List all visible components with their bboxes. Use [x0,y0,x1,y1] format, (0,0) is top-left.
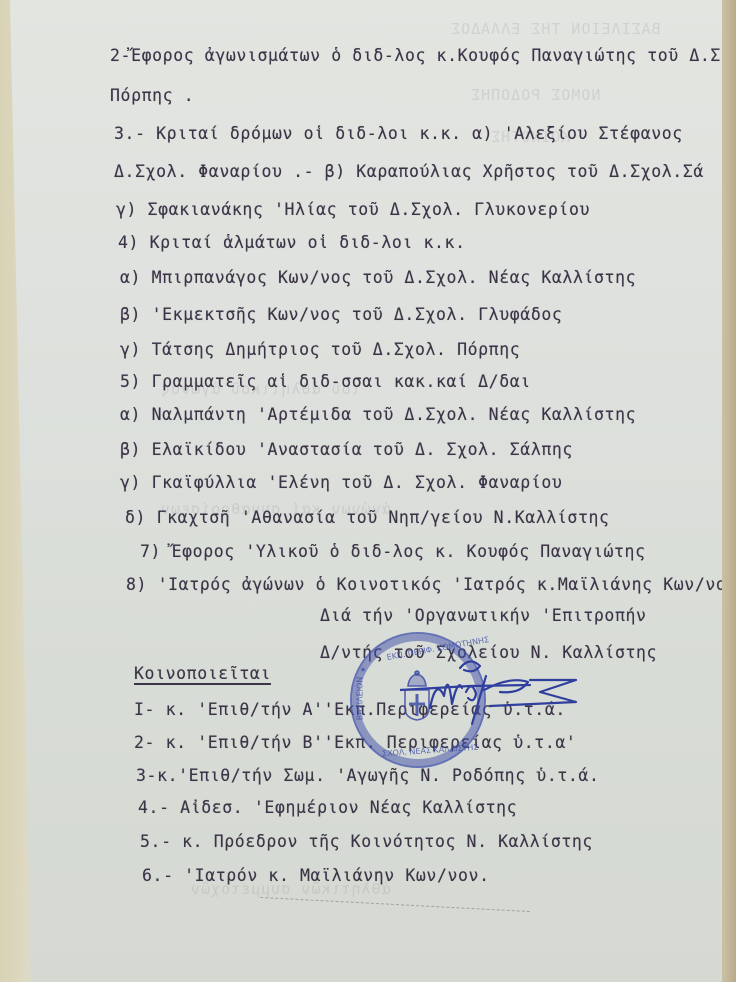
reverse-bleed-text: ΒΑΣΙΛΕΙΟΝ ΤΗΣ ΕΛΛΑΔΟΣ [450,20,661,38]
distribution-item-2: 2- κ. 'Επιθ/τήν Β''Εκπ. Περιφερείας ὑ.τ.… [134,733,576,752]
distribution-heading: Κοινοποιεῖται [134,664,271,683]
handwritten-signature-icon [400,658,580,728]
body-line-grammateis-c: γ) Γκαϊφύλλια 'Ελένη τοῦ Δ. Σχολ. Φαναρί… [120,473,562,492]
distribution-item-5: 5.- κ. Πρόεδρον τῆς Κοινότητος Ν. Καλλίσ… [140,832,593,851]
body-line-kritai-dromon: 3.- Κριταί δρόμων οἱ διδ-λοι κ.κ. α) 'Αλ… [114,124,683,143]
body-line-kritai-dromon-b: Δ.Σχολ. Φαναρίου .- β) Καραπούλιας Χρῆστ… [114,162,704,181]
body-line-ephor-ylikou: 7) Ἔφορος 'Υλικοῦ ὁ διδ-λος κ. Κουφός Πα… [140,542,646,561]
body-line-almaton-b: β) 'Εκμεκτσῆς Κων/νος τοῦ Δ.Σχολ. Γλυφάδ… [120,305,562,324]
body-line-grammateis-a: α) Ναλμπάντη 'Αρτέμιδα τοῦ Δ.Σχολ. Νέας … [120,405,636,424]
decorative-dashed-rule [260,897,530,912]
distribution-item-4: 4.- Αἰδεσ. 'Εφημέριον Νέας Καλλίστης [138,798,517,817]
body-line-almaton-a: α) Μπιρπανάγος Κων/νος τοῦ Δ.Σχολ. Νέας … [120,268,636,287]
stamp-left-arc: ΒΑΣΙΛΕΙΟΝ [355,677,364,721]
body-line-grammateis: 5) Γραμματεῖς αἱ διδ-σσαι κακ.καί Δ/δαι [120,372,531,391]
body-line-porpis: Πόρπης . [110,86,194,105]
body-line-grammateis-d: δ) Γκαχτσῆ 'Αθανασία τοῦ Νηπ/γείου Ν.Καλ… [125,508,610,527]
body-line-almaton-c: γ) Τάτσης Δημήτριος τοῦ Δ.Σχολ. Πόρπης [120,340,520,359]
signoff-committee: Διά τήν 'Οργανωτικήν 'Επιτροπήν [320,606,647,625]
stamp-star-icon: ★ [360,664,366,675]
document-page: ΒΑΣΙΛΕΙΟΝ ΤΗΣ ΕΛΛΑΔΟΣ ΝΟΜΟΣ ΡΟΔΟΠΗΣ ΚΟΙΝ… [10,0,722,982]
body-line-grammateis-b: β) Ελαϊκίδου 'Αναστασία τοῦ Δ. Σχολ. Σάλ… [120,440,573,459]
distribution-item-3: 3-κ.'Επιθ/τήν Σωμ. 'Αγωγῆς Ν. Ροδόπης ὑ.… [136,766,600,785]
body-line-kritai-almaton: 4) Κριταί ἁλμάτων οἱ διδ-λοι κ.κ. [118,233,466,252]
body-line-kritai-dromon-c: γ) Σφακιανάκης 'Ηλίας τοῦ Δ.Σχολ. Γλυκον… [116,200,590,219]
distribution-item-6: 6.- 'Ιατρόν κ. Μαϊλιάνην Κων/νον. [142,866,490,885]
body-line-iatros-agonon: 8) 'Ιατρός ἀγώνων ὁ Κοινοτικός 'Ιατρός κ… [126,575,726,594]
reverse-bleed-text: ΝΟΜΟΣ ΡΟΔΟΠΗΣ [470,86,600,104]
body-line-ephor-agonismaton: 2-Ἔφορος ἀγωνισμάτων ὁ διδ-λος κ.Κουφός … [110,46,721,65]
